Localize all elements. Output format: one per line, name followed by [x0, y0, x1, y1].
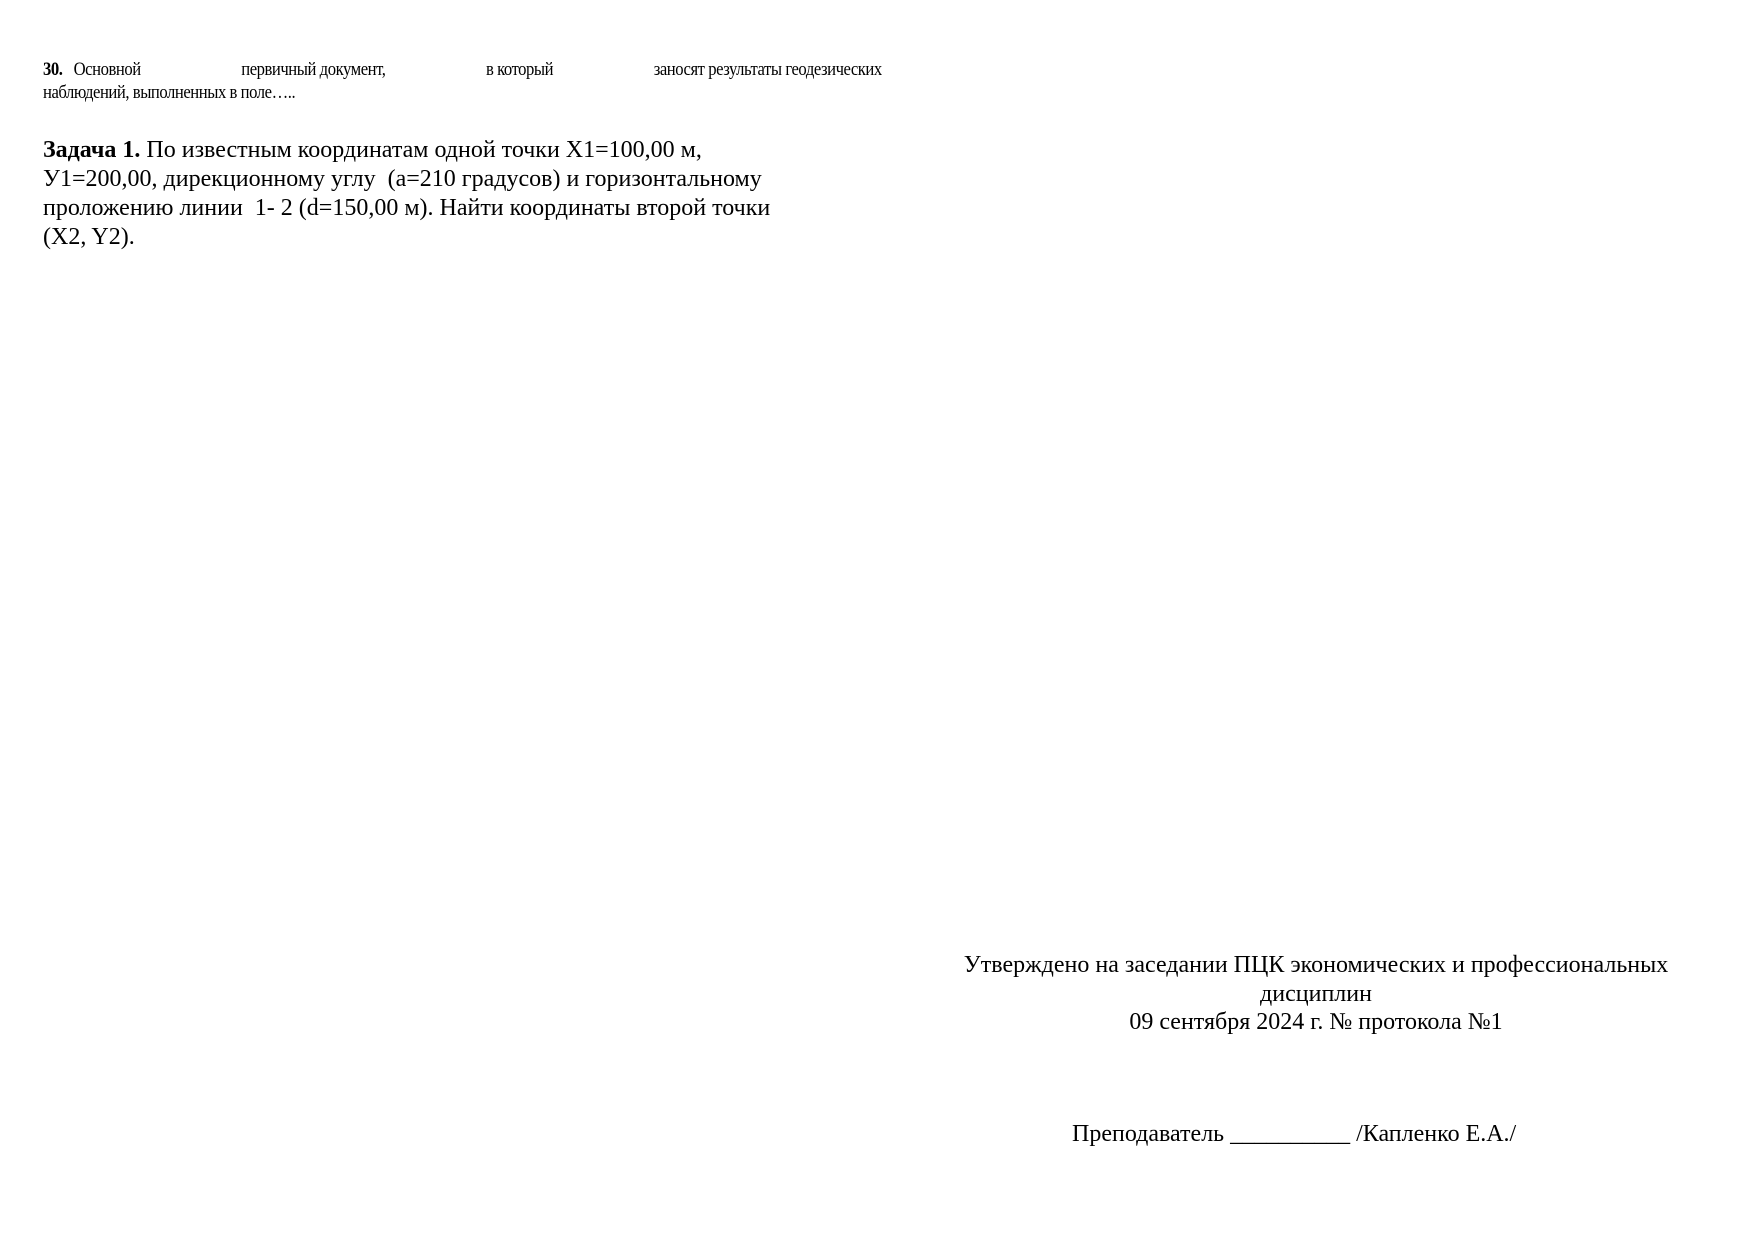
- question-line-2: наблюдений, выполненных в поле…..: [43, 82, 763, 105]
- question-word-3: в который: [486, 59, 553, 82]
- task-line-1-text: По известным координатам одной точки Х1=…: [140, 137, 701, 163]
- task-line-4: (X2, Y2).: [43, 223, 843, 252]
- approval-line-2: дисциплин: [940, 980, 1692, 1009]
- signature-role: Преподаватель: [1072, 1121, 1224, 1147]
- question-word-1: Основной: [74, 60, 141, 80]
- question-number: 30.: [43, 60, 62, 80]
- task-line-3: проложению линии 1- 2 (d=150,00 м). Найт…: [43, 194, 843, 223]
- question-word-4: заносят результаты геодезических: [654, 59, 882, 82]
- question-line-1: 30. Основной первичный документ, в котор…: [43, 59, 882, 82]
- task-line-1: Задача 1. По известным координатам одной…: [43, 136, 843, 165]
- signature-line: Преподаватель __________ /Капленко Е.А./: [1072, 1120, 1516, 1148]
- approval-line-1: Утверждено на заседании ПЦК экономически…: [940, 951, 1692, 980]
- question-30: 30. Основной первичный документ, в котор…: [43, 59, 763, 105]
- approval-block: Утверждено на заседании ПЦК экономически…: [940, 951, 1692, 1037]
- approval-line-3: 09 сентября 2024 г. № протокола №1: [940, 1008, 1692, 1037]
- question-lead: 30. Основной: [43, 59, 141, 82]
- signature-blank: __________: [1230, 1121, 1350, 1147]
- task-label: Задача 1.: [43, 137, 140, 163]
- task-line-2: У1=200,00, дирекционному углу (а=210 гра…: [43, 165, 843, 194]
- signature-name: /Капленко Е.А./: [1356, 1121, 1516, 1147]
- task-1: Задача 1. По известным координатам одной…: [43, 136, 843, 252]
- question-word-2: первичный документ,: [241, 59, 385, 82]
